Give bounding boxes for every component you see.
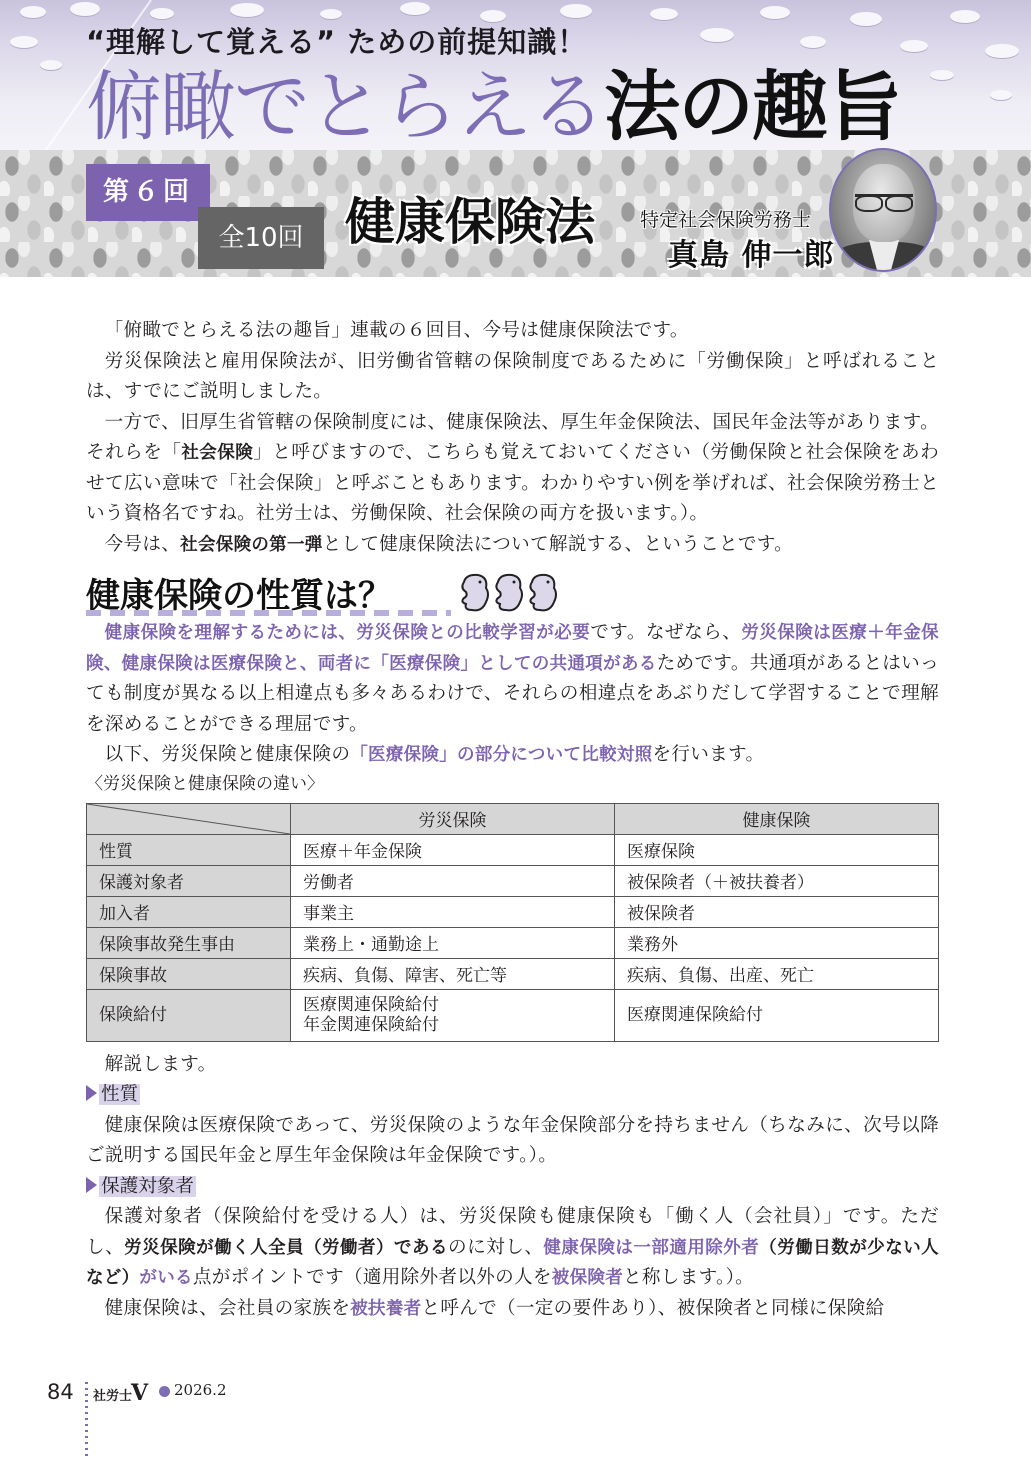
nature-paragraph: 健康保険は医療保険であって、労災保険のような年金保険部分を持ちません（ちなみに、… — [86, 1111, 939, 1172]
row-label: 加入者 — [87, 896, 291, 927]
section-paragraph-2: 以下、労災保険と健康保険の「医療保険」の部分について比較対照を行います。 — [86, 740, 939, 771]
subheading-label: 保護対象者 — [99, 1176, 196, 1197]
chick-mascot-icon — [456, 572, 566, 614]
row-label: 保護対象者 — [87, 865, 291, 896]
highlight-text: 健康保険を理解するためには、労災保険との比較学習が必要 — [105, 623, 591, 643]
cloud-decoration — [650, 8, 678, 20]
series-title-purple: 俯瞰でとらえる — [86, 62, 604, 150]
cell-rosai: 業務上・通勤途上 — [291, 927, 615, 958]
protected-persons-paragraph-1: 保護対象者（保険給付を受ける人）は、労災保険も健康保険も「働く人（会社員）」です… — [86, 1202, 939, 1294]
series-title-black: 法の趣旨 — [604, 62, 900, 150]
diagonal-line-icon — [87, 804, 290, 834]
magazine-mark: V — [131, 1380, 148, 1406]
text-span: のに対し、 — [448, 1237, 543, 1258]
author-name: 真島 伸一郎 — [668, 230, 834, 274]
article-title: 健康保険法 — [345, 182, 595, 254]
triangle-bullet-icon — [86, 1085, 97, 1101]
cell-kenpo: 医療関連保険給付 — [615, 989, 939, 1041]
row-label: 性質 — [87, 834, 291, 865]
cell-rosai: 労働者 — [291, 865, 615, 896]
row-label: 保険事故 — [87, 958, 291, 989]
author-qualification: 特定社会保険労務士 — [640, 205, 811, 232]
text-span: 健康保険は、会社員の家族を — [105, 1298, 351, 1319]
column-header-rosai: 労災保険 — [291, 803, 615, 834]
magazine-logo: 社労士V — [93, 1380, 148, 1406]
series-title: 俯瞰でとらえる法の趣旨 — [86, 62, 900, 150]
cloud-decoration — [930, 70, 954, 80]
heading-dashed-underline — [86, 610, 451, 616]
cell-kenpo: 業務外 — [615, 927, 939, 958]
text-span: と呼んで（一定の要件あり）、被保険者と同様に保険給 — [421, 1298, 884, 1319]
subheading-label: 性質 — [99, 1084, 140, 1105]
series-lead-text: “理解して覚える” ための前提知識！ — [86, 20, 587, 61]
subheading-protected-persons: 保護対象者 — [86, 1172, 196, 1203]
page-number: 84 — [47, 1380, 74, 1404]
cloud-decoration — [950, 10, 980, 23]
table-row: 保険事故 疾病、負傷、障害、死亡等 疾病、負傷、出産、死亡 — [87, 958, 939, 989]
explanation-intro: 解説します。 — [86, 1050, 939, 1081]
text-span: 点がポイントです（適用除外者以外の人を — [193, 1267, 552, 1288]
bullet-dot-icon — [159, 1386, 170, 1397]
row-label: 保険事故発生事由 — [87, 927, 291, 958]
cloud-decoration — [850, 12, 882, 26]
cell-rosai: 医療＋年金保険 — [291, 834, 615, 865]
table-row: 保護対象者 労働者 被保険者（＋被扶養者） — [87, 865, 939, 896]
highlight-text: 被保険者 — [552, 1268, 623, 1288]
table-row: 保険事故発生事由 業務上・通勤途上 業務外 — [87, 927, 939, 958]
text-span: 今号は、 — [105, 534, 181, 555]
magazine-name: 社労士 — [93, 1389, 132, 1404]
round-badge: 第６回 — [86, 164, 210, 221]
table-row: 保険給付 医療関連保険給付年金関連保険給付 医療関連保険給付 — [87, 989, 939, 1041]
cell-kenpo: 被保険者 — [615, 896, 939, 927]
intro-paragraph-2: 労災保険法と雇用保険法が、旧労働省管轄の保険制度であるために「労働保険」と呼ばれ… — [86, 347, 939, 408]
cloud-decoration — [800, 36, 826, 48]
triangle-bullet-icon — [86, 1177, 97, 1193]
highlight-text: 「医療保険」の部分について比較対照 — [350, 745, 652, 765]
table-corner-cell — [87, 803, 291, 834]
cell-line: 年金関連保険給付 — [303, 1015, 602, 1035]
table-header-row: 労災保険 健康保険 — [87, 803, 939, 834]
cell-kenpo: 被保険者（＋被扶養者） — [615, 865, 939, 896]
cloud-decoration — [230, 3, 264, 17]
row-label: 保険給付 — [87, 989, 291, 1041]
intro-paragraph-1: 「俯瞰でとらえる法の趣旨」連載の６回目、今号は健康保険法です。 — [86, 316, 939, 347]
header-banner: “理解して覚える” ための前提知識！ 俯瞰でとらえる法の趣旨 — [0, 0, 1031, 150]
table-caption: 〈労災保険と健康保険の違い〉 — [86, 771, 939, 797]
portrait-glasses — [855, 194, 913, 208]
cloud-decoration — [150, 8, 174, 19]
cloud-decoration — [760, 6, 790, 19]
cloud-decoration — [320, 9, 342, 19]
comparison-table: 労災保険 健康保険 性質 医療＋年金保険 医療保険 保護対象者 労働者 被保険者… — [86, 803, 939, 1042]
total-rounds-badge: 全10回 — [198, 207, 324, 269]
cloud-decoration — [560, 4, 592, 18]
text-span: を行います。 — [652, 744, 764, 765]
section-heading: 健康保険の性質は？ — [86, 564, 939, 616]
cell-rosai: 医療関連保険給付年金関連保険給付 — [291, 989, 615, 1041]
emphasis-social-insurance: 社会保険 — [181, 443, 253, 463]
cloud-decoration — [900, 40, 928, 52]
cloud-decoration — [70, 2, 100, 16]
highlight-text: がいる — [139, 1268, 192, 1288]
cloud-decoration — [40, 60, 62, 70]
table-row: 性質 医療＋年金保険 医療保険 — [87, 834, 939, 865]
section-paragraph-1: 健康保険を理解するためには、労災保険との比較学習が必要です。なぜなら、労災保険は… — [86, 618, 939, 740]
cell-rosai: 疾病、負傷、障害、死亡等 — [291, 958, 615, 989]
emphasis-first-installment: 社会保険の第一弾 — [180, 535, 322, 555]
cell-kenpo: 医療保険 — [615, 834, 939, 865]
cloud-decoration — [990, 90, 1012, 100]
text-span: として健康保険法について解説する、ということです。 — [323, 534, 794, 555]
text-span: です。なぜなら、 — [590, 622, 741, 643]
cloud-decoration — [400, 2, 430, 15]
intro-paragraph-4: 今号は、社会保険の第一弾として健康保険法について解説する、ということです。 — [86, 530, 939, 561]
column-header-kenpo: 健康保険 — [615, 803, 939, 834]
cloud-decoration — [700, 28, 734, 42]
cell-line: 医療関連保険給付 — [303, 995, 602, 1015]
cloud-decoration — [985, 44, 1019, 58]
protected-persons-paragraph-2: 健康保険は、会社員の家族を被扶養者と呼んで（一定の要件あり）、被保険者と同様に保… — [86, 1294, 939, 1325]
emphasis-text: 労災保険が働く人全員（労働者）である — [124, 1238, 448, 1258]
subheading-nature: 性質 — [86, 1080, 140, 1111]
article-body: 「俯瞰でとらえる法の趣旨」連載の６回目、今号は健康保険法です。 労災保険法と雇用… — [86, 316, 939, 1324]
cloud-decoration — [20, 6, 46, 18]
cell-kenpo: 疾病、負傷、出産、死亡 — [615, 958, 939, 989]
highlight-text: 健康保険は一部適用除外者 — [543, 1238, 759, 1258]
author-portrait — [829, 148, 937, 272]
issue-date: 2026.2 — [174, 1381, 227, 1399]
cloud-decoration — [10, 36, 38, 48]
text-span: 以下、労災保険と健康保険の — [105, 744, 351, 765]
cell-rosai: 事業主 — [291, 896, 615, 927]
table-row: 加入者 事業主 被保険者 — [87, 896, 939, 927]
intro-paragraph-3: 一方で、旧厚生省管轄の保険制度には、健康保険法、厚生年金保険法、国民年金法等があ… — [86, 408, 939, 530]
footer-dotted-divider — [85, 1382, 88, 1457]
highlight-text: 被扶養者 — [350, 1299, 421, 1319]
text-span: と称します。）。 — [623, 1267, 754, 1288]
